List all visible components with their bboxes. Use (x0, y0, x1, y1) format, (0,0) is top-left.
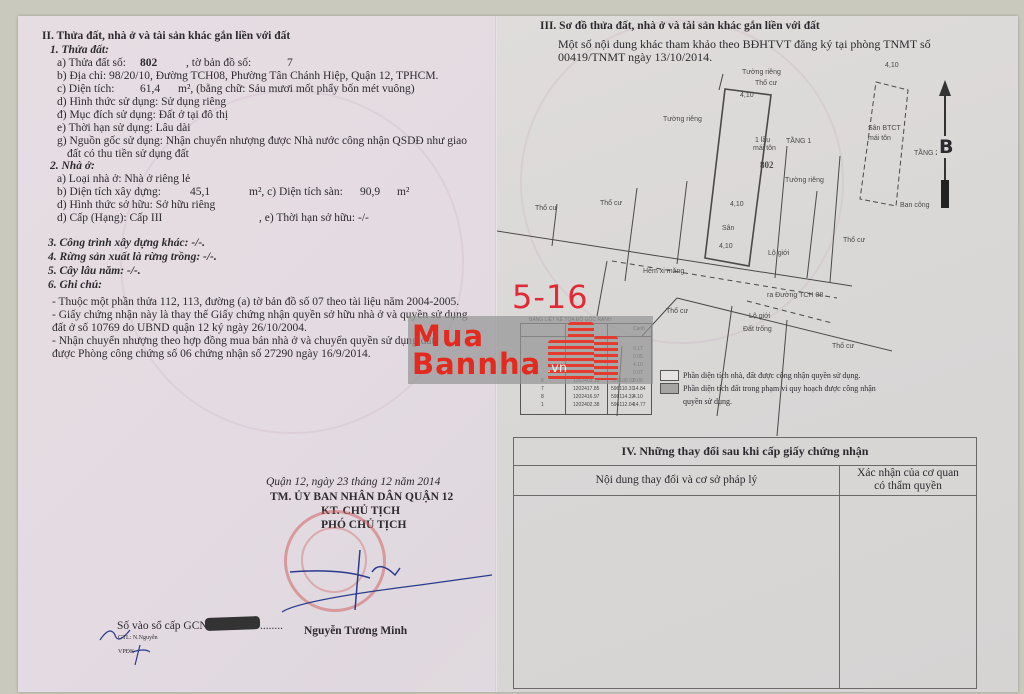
legend-swatch-recognized (660, 370, 679, 381)
label-alley: Hẻm xi măng (643, 268, 684, 275)
label-residential: Thổ cư (600, 200, 622, 207)
changes-table-title: IV. Những thay đổi sau khi cấp giấy chứn… (514, 438, 976, 466)
label-residential: Thổ cư (535, 205, 557, 212)
watermark-suffix: .vn (547, 361, 567, 376)
label-private-wall: Tường riêng (785, 177, 824, 184)
north-label: B (937, 136, 955, 158)
initial-note: GTL: N.Nguyễn (118, 632, 158, 645)
redacted-registry-number (205, 616, 260, 631)
label-lot-desc: 1 lầu (755, 137, 770, 144)
signer-name: Nguyễn Tương Minh (304, 625, 407, 638)
watermark-building-icon (568, 322, 594, 380)
label-upper-width: 4,10 (885, 62, 899, 69)
north-arrow-tail (941, 180, 949, 208)
label-upper-desc: Sân BTCT (868, 125, 901, 132)
label-residential: Thổ cư (666, 308, 688, 315)
label-residential: Thổ cư (755, 80, 777, 87)
changes-table: IV. Những thay đổi sau khi cấp giấy chứn… (513, 437, 977, 689)
label-road-setback: Lộ giới (749, 313, 770, 320)
label-to-road: ra Đường TCH 08 (767, 292, 823, 299)
legend-text: Phần diện tích đất trong phạm vi quy hoạ… (683, 382, 876, 395)
label-lot-desc: mái tôn (753, 145, 776, 152)
label-yard: Sân (722, 225, 734, 232)
label-residential: Thổ cư (843, 237, 865, 244)
label-residential: Thổ cư (832, 343, 854, 350)
legend-swatch-planning (660, 383, 679, 394)
legend-text: quyền sử dụng. (683, 395, 732, 408)
label-balcony: Ban công (900, 202, 930, 209)
legend-text: Phần diện tích nhà, đất được công nhận q… (683, 369, 860, 382)
registry-dots: ........ (260, 620, 283, 633)
label-width: 4,10 (730, 201, 744, 208)
label-empty-land: Đất trống (743, 326, 772, 333)
label-width: 4,10 (740, 92, 754, 99)
label-road-setback: Lộ giới (768, 250, 789, 257)
changes-col-confirmation: Xác nhận của cơ quancó thẩm quyền (840, 465, 976, 496)
label-private-wall: Tường riêng (742, 69, 781, 76)
office-note: VPĐK (118, 646, 134, 659)
watermark-logo: Mua Bannha (412, 322, 541, 378)
label-upper-desc: mái tôn (868, 135, 891, 142)
label-floor-2: TẦNG 2 (914, 150, 939, 157)
changes-col-content: Nội dung thay đổi và cơ sở pháp lý (514, 465, 839, 496)
label-lot-number: 802 (760, 160, 774, 170)
handwritten-code: 5-16 (512, 278, 589, 316)
watermark-building-icon (594, 336, 618, 380)
label-floor-1: TẦNG 1 (786, 138, 811, 145)
label-width: 4,10 (719, 243, 733, 250)
label-private-wall: Tường riêng (663, 116, 702, 123)
